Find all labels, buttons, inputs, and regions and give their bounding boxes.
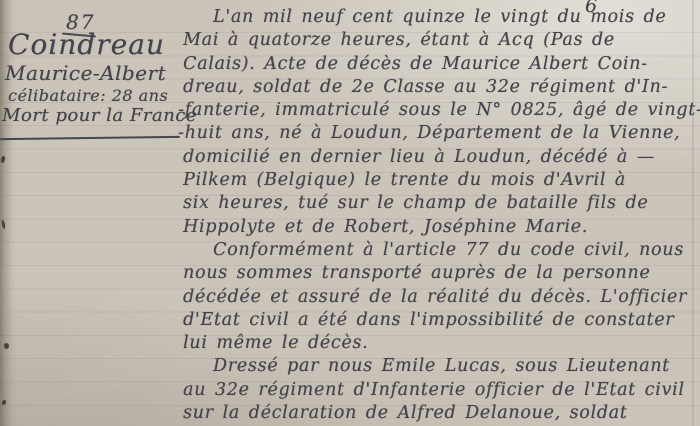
margin-status: célibataire: 28 ans: [8, 86, 168, 105]
register-page: 87 Coindreau Maurice-Albert célibataire:…: [0, 0, 700, 426]
paper-speck: [4, 343, 9, 349]
act-line: domicilié en dernier lieu à Loudun, décé…: [183, 146, 697, 169]
act-line: -fanterie, immatriculé sous le N° 0825, …: [178, 99, 697, 122]
act-body: L'an mil neuf cent quinze le vingt du mo…: [183, 6, 697, 425]
act-line: Calais). Acte de décès de Maurice Albert…: [183, 53, 697, 76]
act-line: lui même le décès.: [183, 332, 697, 355]
act-line: au 32e régiment d'Infanterie officier de…: [183, 379, 697, 402]
act-line: Dressé par nous Emile Lucas, sous Lieute…: [183, 355, 697, 378]
margin-given-names: Maurice-Albert: [5, 61, 166, 85]
act-line: nous sommes transporté auprès de la pers…: [183, 262, 697, 285]
act-line: d'Etat civil a été dans l'impossibilité …: [183, 309, 697, 332]
act-line: Conformément à l'article 77 du code civi…: [183, 239, 697, 262]
act-line: Hippolyte et de Robert, Joséphine Marie.: [183, 216, 697, 239]
act-line: sur la déclaration de Alfred Delanoue, s…: [183, 402, 697, 425]
margin-divider-line: [0, 136, 180, 140]
margin-surname: Coindreau: [8, 28, 165, 61]
act-line: décédée et assuré de la réalité du décès…: [183, 286, 697, 309]
act-line: six heures, tué sur le champ de bataille…: [183, 192, 697, 215]
act-line: Pilkem (Belgique) le trente du mois d'Av…: [183, 169, 697, 192]
margin-mention-mort-pour-la-france: Mort pour la France: [2, 105, 197, 126]
act-line: Mai à quatorze heures, étant à Acq (Pas …: [183, 29, 697, 52]
act-line: L'an mil neuf cent quinze le vingt du mo…: [183, 6, 697, 29]
act-line: dreau, soldat de 2e Classe au 32e régime…: [183, 76, 697, 99]
act-line: -huit ans, né à Loudun, Département de l…: [178, 122, 697, 145]
